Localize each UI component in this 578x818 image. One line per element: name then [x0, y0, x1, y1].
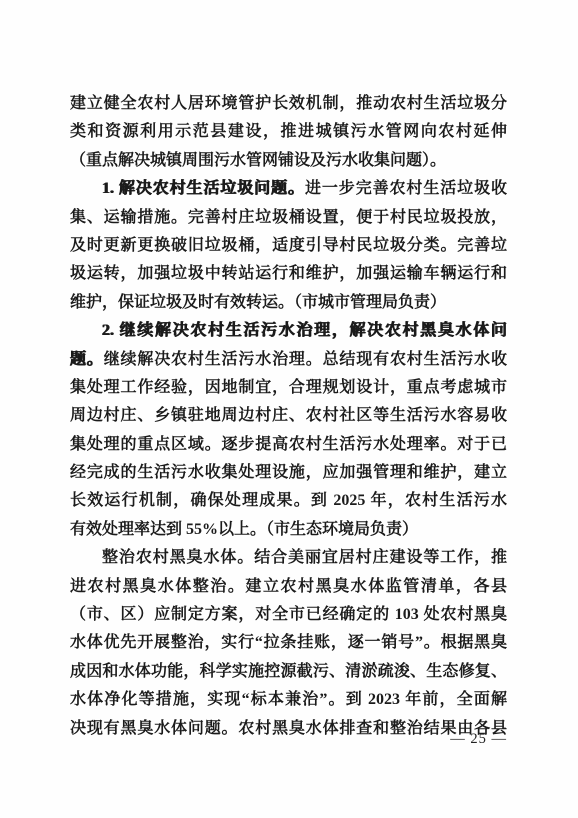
document-body: 建立健全农村人居环境管护长效机制，推动农村生活垃圾分类和资源利用示范县建设，推进…	[70, 90, 507, 743]
text-line: 整治农村黑臭水体。结合美丽宜居村庄建设等工作，推	[70, 544, 507, 572]
text-line: 集处理的重点区域。逐步提高农村生活污水处理率。对于已	[70, 431, 507, 459]
body-text: 整治农村黑臭水体。结合美丽宜居村庄建设等工作，推	[102, 549, 507, 566]
text-line: 维护，保证垃圾及时有效转运。（市城市管理局负责）	[70, 289, 507, 317]
body-text: 圾运转，加强垃圾中转站运行和维护，加强运输车辆运行和	[70, 265, 507, 282]
text-line: 圾运转，加强垃圾中转站运行和维护，加强运输车辆运行和	[70, 260, 507, 288]
item-heading-text: 题。	[70, 351, 104, 368]
body-text: 集、运输措施。完善村庄垃圾桶设置，便于村民垃圾投放，	[70, 209, 507, 226]
text-line: 水体优先开展整治，实行“拉条挂账，逐一销号”。根据黑臭	[70, 629, 507, 657]
body-text: 及时更新更换破旧垃圾桶，适度引导村民垃圾分类。完善垃	[70, 237, 507, 254]
body-text: 长效运行机制，确保处理成果。到 2025 年，农村生活污水	[70, 492, 507, 509]
text-line: 2. 继续解决农村生活污水治理，解决农村黑臭水体问	[70, 317, 507, 345]
text-line: 周边村庄、乡镇驻地周边村庄、农村社区等生活污水容易收	[70, 402, 507, 430]
text-line: 建立健全农村人居环境管护长效机制，推动农村生活垃圾分	[70, 90, 507, 118]
text-line: 进农村黑臭水体整治。建立农村黑臭水体监管清单，各县	[70, 573, 507, 601]
body-text: 周边村庄、乡镇驻地周边村庄、农村社区等生活污水容易收	[70, 407, 507, 424]
body-text: 有效处理率达到 55%以上。（市生态环境局负责）	[70, 521, 418, 538]
body-text: （重点解决城镇周围污水管网铺设及污水收集问题）。	[70, 152, 446, 169]
text-line: 成因和水体功能，科学实施控源截污、清淤疏浚、生态修复、	[70, 658, 507, 686]
item-heading-text: 2. 继续解决农村生活污水治理，解决农村黑臭水体问	[102, 322, 507, 339]
body-text: 建立健全农村人居环境管护长效机制，推动农村生活垃圾分	[70, 95, 507, 112]
text-line: 集处理工作经验，因地制宜，合理规划设计，重点考虑城市	[70, 374, 507, 402]
text-line: （重点解决城镇周围污水管网铺设及污水收集问题）。	[70, 147, 507, 175]
text-line: 长效运行机制，确保处理成果。到 2025 年，农村生活污水	[70, 487, 507, 515]
body-text: 水体优先开展整治，实行“拉条挂账，逐一销号”。根据黑臭	[70, 634, 507, 651]
text-line: 水体净化等措施，实现“标本兼治”。到 2023 年前，全面解	[70, 686, 507, 714]
body-text: 继续解决农村生活污水治理。总结现有农村生活污水收	[104, 351, 507, 368]
body-text: 水体净化等措施，实现“标本兼治”。到 2023 年前，全面解	[70, 691, 507, 708]
text-line: 及时更新更换破旧垃圾桶，适度引导村民垃圾分类。完善垃	[70, 232, 507, 260]
body-text: 维护，保证垃圾及时有效转运。（市城市管理局负责）	[70, 294, 446, 311]
text-line: 类和资源利用示范县建设，推进城镇污水管网向农村延伸	[70, 118, 507, 146]
text-line: （市、区）应制定方案，对全市已经确定的 103 处农村黑臭	[70, 601, 507, 629]
document-page: 建立健全农村人居环境管护长效机制，推动农村生活垃圾分类和资源利用示范县建设，推进…	[0, 0, 578, 818]
body-text: 经完成的生活污水收集处理设施，应加强管理和维护，建立	[70, 464, 507, 481]
text-line: 有效处理率达到 55%以上。（市生态环境局负责）	[70, 516, 507, 544]
text-line: 经完成的生活污水收集处理设施，应加强管理和维护，建立	[70, 459, 507, 487]
text-line: 集、运输措施。完善村庄垃圾桶设置，便于村民垃圾投放，	[70, 204, 507, 232]
body-text: 进一步完善农村生活垃圾收	[305, 180, 507, 197]
body-text: 集处理工作经验，因地制宜，合理规划设计，重点考虑城市	[70, 379, 507, 396]
body-text: 类和资源利用示范县建设，推进城镇污水管网向农村延伸	[70, 123, 507, 140]
text-line: 1. 解决农村生活垃圾问题。进一步完善农村生活垃圾收	[70, 175, 507, 203]
text-line: 题。继续解决农村生活污水治理。总结现有农村生活污水收	[70, 346, 507, 374]
item-heading-text: 1. 解决农村生活垃圾问题。	[102, 180, 305, 197]
body-text: 进农村黑臭水体整治。建立农村黑臭水体监管清单，各县	[70, 578, 507, 595]
body-text: 成因和水体功能，科学实施控源截污、清淤疏浚、生态修复、	[70, 663, 507, 680]
page-number: — 25 —	[70, 731, 507, 748]
body-text: 集处理的重点区域。逐步提高农村生活污水处理率。对于已	[70, 436, 507, 453]
body-text: （市、区）应制定方案，对全市已经确定的 103 处农村黑臭	[70, 606, 507, 623]
